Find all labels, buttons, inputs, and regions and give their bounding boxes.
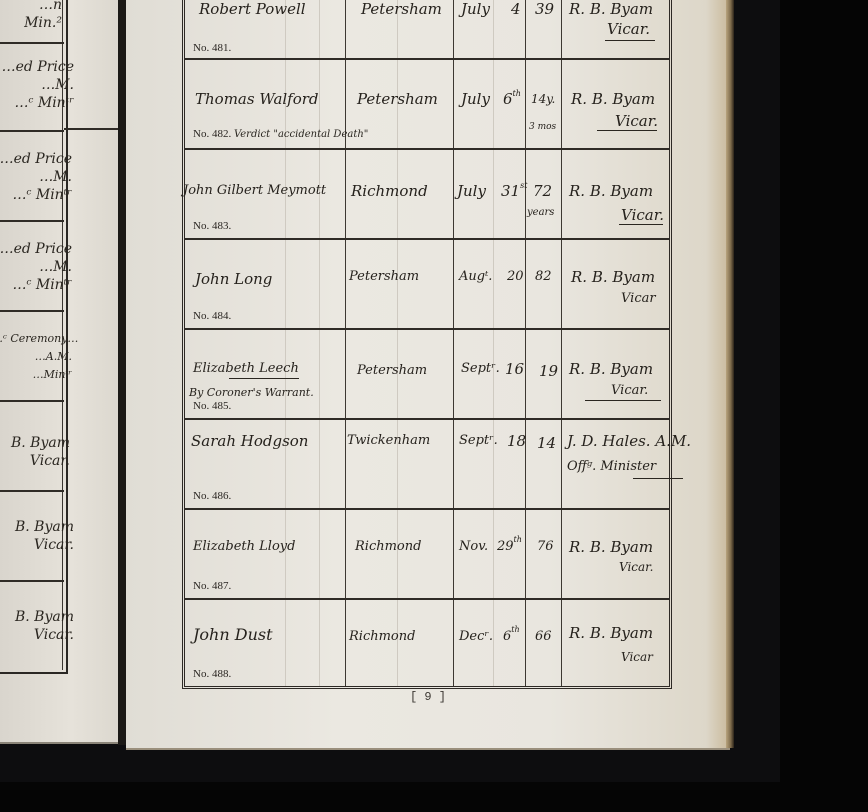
left-fragment-1: …nMin.² <box>0 0 62 32</box>
entry-age: 76 <box>537 538 554 556</box>
left-row-rule <box>0 580 64 582</box>
entry-abode: Petersham <box>357 90 438 108</box>
left-fragment-3: …ed Price…M.…ᶜ Minᵗʳ <box>0 150 72 204</box>
entry-name: Thomas Walford <box>195 90 319 108</box>
signature-underline <box>597 130 657 131</box>
entry-abode: Richmond <box>349 628 415 646</box>
entry-name: Elizabeth Leech <box>193 360 299 378</box>
register-entry-487: Elizabeth Lloyd Richmond Nov. 29th 76 R.… <box>185 510 669 598</box>
entry-officiant-title: Vicar. <box>619 558 653 576</box>
left-fragment-8: B. ByamVicar. <box>0 608 74 644</box>
entry-officiant-title: Vicar. <box>621 206 664 224</box>
left-extended-rule <box>64 128 126 130</box>
entry-abode: Richmond <box>351 182 428 200</box>
entry-officiant: R. B. Byam <box>571 268 655 286</box>
entry-name: John Dust <box>193 626 273 644</box>
entry-month: Septʳ. <box>461 360 500 378</box>
burial-register-table: Robert Powell Petersham July 4 39 R. B. … <box>182 0 672 689</box>
entry-month: Septʳ. <box>459 432 498 450</box>
left-fragment-5: …ᶜ Ceremony……A.M.…Minᵗʳ <box>0 330 72 384</box>
entry-age: 19 <box>539 362 558 380</box>
entry-abode: Petersham <box>357 362 427 380</box>
left-row-rule <box>0 130 64 132</box>
entry-officiant-title: Offᵍ. Minister <box>567 458 656 476</box>
entry-number: No. 486. <box>193 490 231 502</box>
entry-officiant: R. B. Byam <box>569 0 653 18</box>
entry-day: 18 <box>507 432 526 450</box>
entry-number: No. 483. <box>193 220 231 232</box>
entry-number: No. 485. <box>193 400 231 412</box>
register-entry-485: Elizabeth Leech By Coroner's Warrant. Pe… <box>185 330 669 418</box>
entry-month: Decʳ. <box>459 628 493 646</box>
entry-officiant: R. B. Byam <box>571 90 655 108</box>
entry-number: No. 487. <box>193 580 231 592</box>
entry-month: July <box>461 0 490 18</box>
entry-age: 14y. <box>531 90 555 108</box>
entry-age-note: years <box>527 204 554 222</box>
entry-age: 14 <box>537 434 556 452</box>
entry-name: John Long <box>195 270 272 288</box>
entry-name: Elizabeth Lloyd <box>193 538 295 556</box>
entry-officiant: R. B. Byam <box>569 182 653 200</box>
entry-officiant-title: Vicar. <box>611 382 648 400</box>
left-fragment-7: B. ByamVicar. <box>0 518 74 554</box>
entry-officiant-title: Vicar. <box>607 20 650 38</box>
left-page-fragment: …nMin.² …ed Price…M.…ᶜ Minᵗʳ …ed Price…M… <box>0 0 118 744</box>
entry-age: 72 <box>533 182 552 200</box>
left-row-rule <box>0 400 64 402</box>
entry-abode: Petersham <box>349 268 419 286</box>
entry-day: 16 <box>505 360 524 378</box>
entry-officiant-title: Vicar <box>621 290 656 308</box>
entry-abode: Richmond <box>355 538 421 556</box>
register-page: Robert Powell Petersham July 4 39 R. B. … <box>126 0 730 750</box>
entry-age: 39 <box>535 0 554 18</box>
entry-age: 82 <box>535 268 552 286</box>
entry-officiant: J. D. Hales. A.M. <box>567 432 691 450</box>
signature-underline <box>633 478 683 479</box>
signature-underline <box>585 400 661 401</box>
left-row-rule <box>0 490 64 492</box>
signature-underline <box>619 224 663 225</box>
entry-day: 31st <box>501 182 527 203</box>
entry-age: 66 <box>535 628 552 646</box>
page-edge <box>726 0 734 748</box>
register-entry-488: John Dust Richmond Decʳ. 6th 66 R. B. By… <box>185 600 669 686</box>
register-entry-481: Robert Powell Petersham July 4 39 R. B. … <box>185 0 669 58</box>
left-fragment-6: B. ByamVicar. <box>0 434 70 470</box>
entry-officiant-title: Vicar. <box>615 112 658 130</box>
entry-abode: Twickenham <box>347 432 430 450</box>
entry-month: July <box>461 90 490 108</box>
entry-month: Nov. <box>459 538 488 556</box>
entry-day: 29th <box>497 538 522 557</box>
register-entry-483: John Gilbert Meymott Richmond July 31st … <box>185 150 669 238</box>
entry-day: 6th <box>503 628 520 647</box>
entry-officiant: R. B. Byam <box>569 538 653 556</box>
register-entry-482: Thomas Walford Petersham July 6th 14y. 3… <box>185 60 669 148</box>
entry-verdict-note: Verdict "accidental Death" <box>234 129 368 140</box>
entry-number: No. 482. Verdict "accidental Death" <box>193 128 368 140</box>
left-row-rule <box>0 220 64 222</box>
left-row-rule <box>0 310 64 312</box>
entry-day: 4 <box>511 0 521 18</box>
entry-name: John Gilbert Meymott <box>183 182 326 200</box>
name-underline <box>229 378 299 379</box>
entry-number: No. 481. <box>193 42 231 54</box>
entry-month: July <box>457 182 486 200</box>
register-entry-486: Sarah Hodgson Twickenham Septʳ. 18 14 J.… <box>185 420 669 508</box>
entry-month: Augᵗ. <box>459 268 492 286</box>
entry-day: 20 <box>507 268 524 286</box>
entry-officiant: R. B. Byam <box>569 360 653 378</box>
entry-age-note: 3 mos <box>529 118 556 136</box>
entry-name: Robert Powell <box>199 0 306 18</box>
page-number: [ 9 ] <box>126 690 730 704</box>
left-row-rule <box>0 42 64 44</box>
entry-number: No. 488. <box>193 668 231 680</box>
entry-name: Sarah Hodgson <box>191 432 308 450</box>
left-fragment-2: …ed Price…M.…ᶜ Minᵗʳ <box>0 58 74 112</box>
signature-underline <box>605 40 655 41</box>
entry-abode: Petersham <box>361 0 442 18</box>
entry-officiant: R. B. Byam <box>569 624 653 642</box>
entry-number: No. 484. <box>193 310 231 322</box>
left-fragment-4: …ed Price…M.…ᶜ Minᵗʳ <box>0 240 72 294</box>
entry-day: 6th <box>503 90 521 111</box>
entry-officiant-title: Vicar <box>621 648 653 666</box>
register-entry-484: John Long Petersham Augᵗ. 20 82 R. B. By… <box>185 240 669 328</box>
